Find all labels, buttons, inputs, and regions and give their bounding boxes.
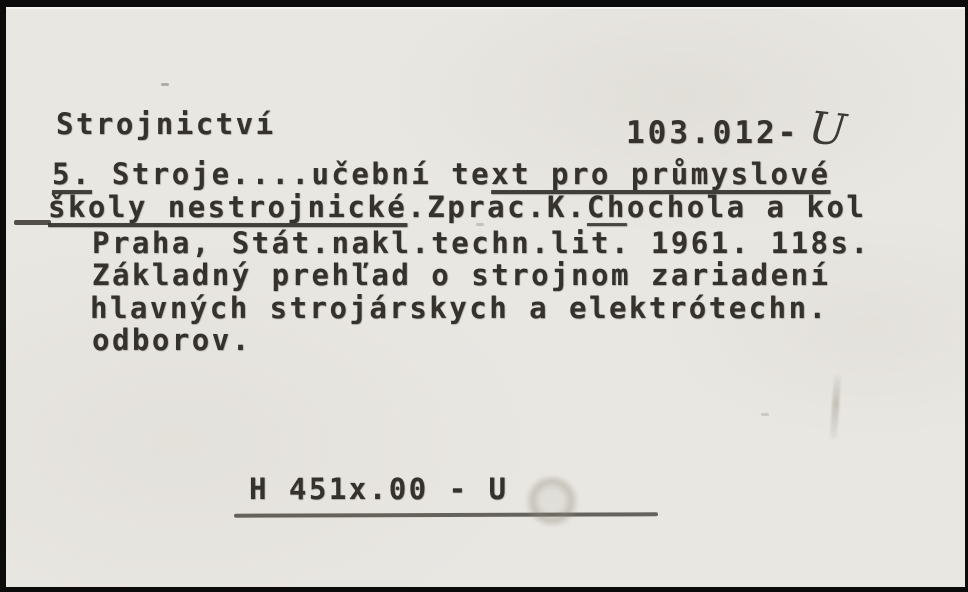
- entry-line-3-imprint: Praha, Stát.nakl.techn.lit. 1961. 118s.: [92, 229, 870, 258]
- handwritten-class-letter: U: [808, 112, 848, 147]
- entry-line-2-underlined: školy nestrojnické: [48, 190, 407, 224]
- entry-line-2-rest: ochola a kol: [627, 190, 867, 224]
- author-initial-underlined: Ch: [587, 190, 627, 224]
- entry-line-2-text: .Zprac.K.: [407, 190, 587, 224]
- paper-speck: [161, 83, 169, 86]
- entry-number: 5.: [52, 157, 92, 191]
- stamp-mark: [520, 470, 584, 532]
- scratch-mark: [830, 375, 841, 439]
- entry-line-2: školy nestrojnické.Zprac.K.Chochola a ko…: [48, 193, 866, 222]
- underline-extension: [14, 220, 51, 225]
- subject-heading: Strojnictví: [56, 110, 276, 139]
- entry-line-1: 5. Stroje....učební text pro průmyslové: [52, 160, 830, 189]
- entry-line-1-text: Stroje....učební te: [92, 157, 491, 191]
- entry-line-4-annotation: Základný prehľad o strojnom zariadení: [92, 261, 831, 290]
- call-number: 103.012-U: [626, 113, 846, 149]
- shelf-mark: H 451x.00 - U: [249, 475, 508, 504]
- call-number-typed: 103.012-: [626, 115, 799, 151]
- shelf-mark-underline: [234, 512, 658, 517]
- entry-line-1-underlined: xt pro průmyslové: [491, 157, 830, 191]
- entry-line-6-annotation: odborov.: [92, 326, 252, 355]
- catalog-card: Strojnictví 103.012-U 5. Stroje....učebn…: [6, 7, 965, 587]
- entry-line-5-annotation: hlavných strojárskych a elektrótechn.: [90, 294, 829, 323]
